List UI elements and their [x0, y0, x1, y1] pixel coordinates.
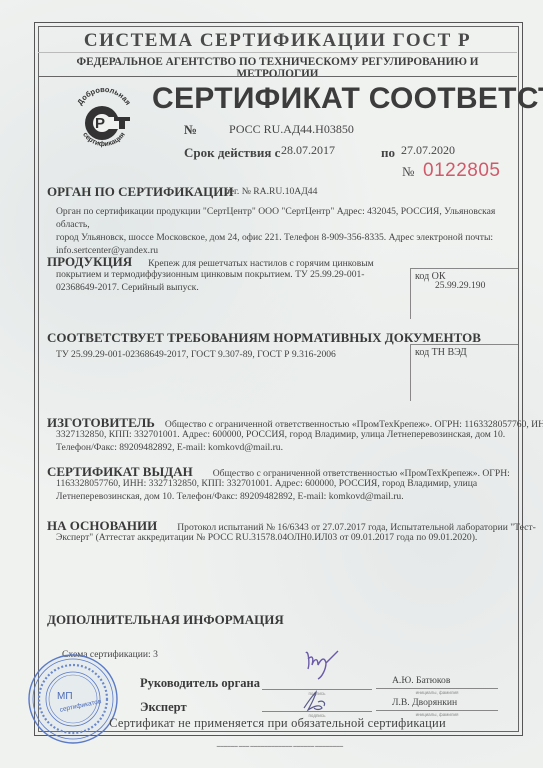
certificate-number-label: №: [184, 122, 197, 138]
serial-number: 0122805: [423, 160, 500, 182]
product-heading: ПРОДУКЦИЯ: [47, 254, 132, 269]
code-tn-ved-label: код ТН ВЭД: [415, 347, 518, 358]
head-signature-icon: [300, 645, 342, 681]
expert-label: Эксперт: [140, 700, 187, 715]
head-of-body-name: А.Ю. Батюков: [392, 675, 450, 686]
certification-body-details: Орган по сертификации продукции "СертЦен…: [56, 205, 516, 257]
additional-info-heading: ДОПОЛНИТЕЛЬНАЯ ИНФОРМАЦИЯ: [47, 612, 284, 628]
certification-body-heading: ОРГАН ПО СЕРТИФИКАЦИИ: [47, 184, 234, 200]
validity-label: Срок действия с: [184, 145, 280, 161]
code-ok-value: 25.99.29.190: [435, 280, 518, 291]
product-description: покрытием и термодиффузионным цинковым п…: [56, 268, 396, 294]
certification-body-stamp-icon: МП сертификатов: [27, 653, 119, 745]
print-info-line: ▬▬▬▬▬▬ ▬▬▬ ▬▬▬▬▬▬▬▬▬▬▬▬ ▬▬▬▬▬▬ ▬▬▬▬▬▬▬▬: [130, 744, 430, 748]
voluntary-certification-notice: Сертификат не применяется при обязательн…: [38, 716, 517, 731]
code-ok-box: код ОК 25.99.29.190: [410, 268, 518, 319]
valid-to-label: по: [381, 145, 395, 161]
expert-signature-icon: [300, 688, 332, 714]
divider: [38, 52, 517, 53]
head-of-body-label: Руководитель органа: [140, 676, 260, 691]
expert-name: Л.В. Дворянкин: [392, 697, 457, 708]
certificate-number: РОСС RU.АД44.Н03850: [229, 122, 354, 137]
manufacturer-details: 3327132850, КПП: 332701001. Адрес: 60000…: [56, 428, 516, 454]
svg-text:МП: МП: [57, 691, 73, 702]
valid-to-date: 27.07.2020: [401, 143, 455, 158]
certification-system-title: СИСТЕМА СЕРТИФИКАЦИИ ГОСТ Р: [38, 30, 517, 52]
name-caption: инициалы, фамилия: [376, 690, 498, 695]
basis-details: Эксперт" (Аттестат аккредитации № РОСС R…: [56, 531, 516, 544]
normative-documents: ТУ 25.99.29-001-02368649-2017, ГОСТ 9.30…: [56, 348, 336, 361]
certification-body-reg-number: рег. № RA.RU.10АД44: [225, 186, 317, 197]
valid-from-date: 28.07.2017: [281, 143, 335, 158]
document-title: СЕРТИФИКАТ СООТВЕТСТВИЯ: [152, 82, 512, 116]
code-tn-ved-box: код ТН ВЭД: [410, 344, 518, 401]
rst-voluntary-certification-logo-icon: Добровольная P сертификация: [68, 84, 140, 156]
head-name-line: [376, 688, 498, 689]
svg-text:P: P: [95, 115, 105, 132]
issued-to-details: 1163328057760, ИНН: 3327132850, КПП: 332…: [56, 477, 516, 503]
divider: [38, 76, 517, 77]
serial-number-label: №: [402, 164, 414, 180]
svg-text:Добровольная: Добровольная: [75, 85, 132, 107]
expert-name-line: [376, 710, 498, 711]
